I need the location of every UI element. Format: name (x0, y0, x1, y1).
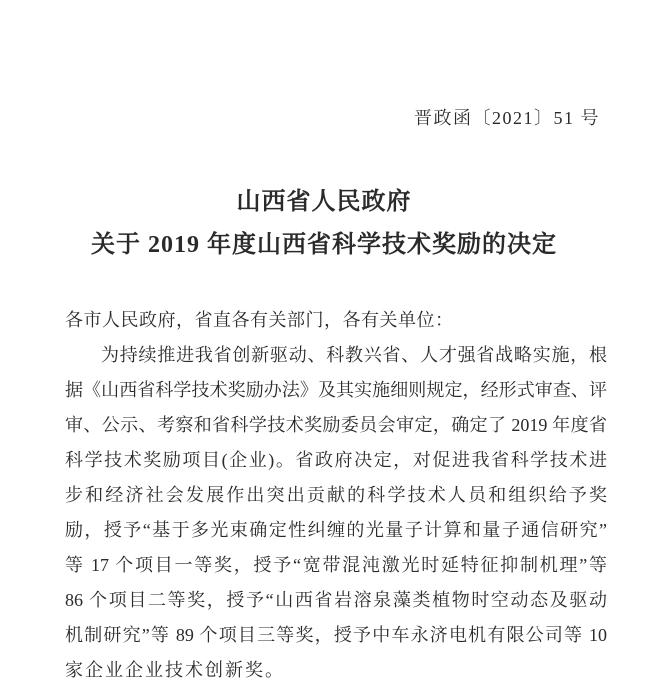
body-line: 审、公示、考察和省科学技术奖励委员会审定，确定了 2019 年度省 (65, 408, 607, 443)
body-line: 据《山西省科学技术奖励办法》及其实施细则规定，经形式审查、评 (65, 373, 607, 408)
body-line: 机制研究”等 89 个项目三等奖，授予中车永济电机有限公司等 10 (65, 618, 607, 653)
document-body: 各市人民政府，省直各有关部门，各有关单位： 为持续推进我省创新驱动、科教兴省、人… (65, 303, 607, 688)
body-line: 科学技术奖励项目(企业)。省政府决定，对促进我省科学技术进 (65, 443, 607, 478)
body-line: 步和经济社会发展作出突出贡献的科学技术人员和组织给予奖 (65, 478, 607, 513)
body-line: 励，授予“基于多光束确定性纠缠的光量子计算和量子通信研究” (65, 513, 607, 548)
body-line: 为持续推进我省创新驱动、科教兴省、人才强省战略实施，根 (65, 338, 607, 373)
salutation-line: 各市人民政府，省直各有关部门，各有关单位： (65, 303, 607, 338)
document-title: 山西省人民政府 关于 2019 年度山西省科学技术奖励的决定 (0, 181, 648, 267)
document-page: 晋政函〔2021〕51 号 山西省人民政府 关于 2019 年度山西省科学技术奖… (0, 0, 648, 695)
body-line: 家企业企业技术创新奖。 (65, 653, 607, 688)
body-line: 86 个项目二等奖，授予“山西省岩溶泉藻类植物时空动态及驱动 (65, 583, 607, 618)
title-line-2: 关于 2019 年度山西省科学技术奖励的决定 (0, 224, 648, 267)
document-number: 晋政函〔2021〕51 号 (414, 106, 600, 130)
body-line: 等 17 个项目一等奖，授予“宽带混沌激光时延特征抑制机理”等 (65, 548, 607, 583)
title-line-1: 山西省人民政府 (0, 181, 648, 224)
